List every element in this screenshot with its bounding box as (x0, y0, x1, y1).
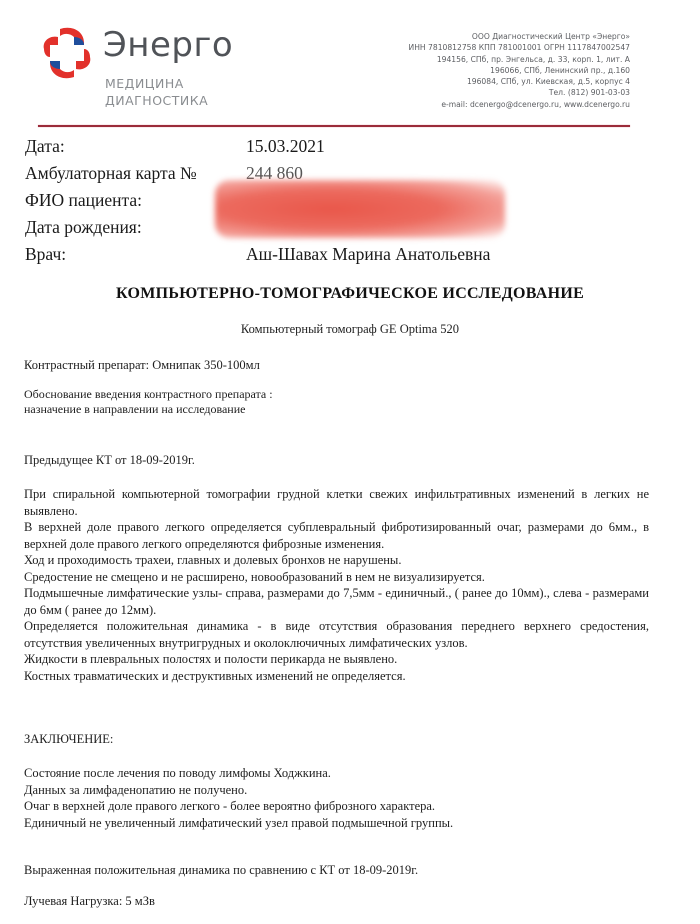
brand-name: Энерго (103, 25, 233, 65)
medical-cross-logo-icon (42, 27, 92, 79)
company-registration: ИНН 7810812758 КПП 781001001 ОГРН 111784… (409, 42, 630, 53)
brand-sub-line-1: МЕДИЦИНА (105, 75, 208, 92)
conclusion-heading: ЗАКЛЮЧЕНИЕ: (24, 731, 654, 748)
finding-4: Средостение не смещено и не расширено, н… (24, 569, 649, 586)
date-value: 15.03.2021 (246, 133, 325, 160)
dynamics-summary: Выраженная положительная динамика по сра… (24, 862, 654, 879)
company-email: e-mail: dcenergo@dcenergo.ru, www.dcener… (409, 99, 630, 110)
conclusion-4: Единичный не увеличенный лимфатический у… (24, 815, 654, 832)
finding-6: Определяется положительная динамика - в … (24, 618, 649, 651)
finding-3: Ход и проходимость трахеи, главных и дол… (24, 552, 649, 569)
date-label: Дата: (25, 133, 65, 160)
conclusion-2: Данных за лимфаденопатию не получено. (24, 782, 654, 799)
brand-sub-line-2: ДИАГНОСТИКА (105, 92, 208, 109)
justification-label: Обоснование введения контрастного препар… (24, 387, 654, 402)
radiation-dose: Лучевая Нагрузка: 5 мЗв (24, 893, 654, 910)
previous-ct: Предыдущее КТ от 18-09-2019г. (24, 452, 654, 469)
finding-1: При спиральной компьютерной томографии г… (24, 486, 649, 519)
finding-2: В верхней доле правого легкого определяе… (24, 519, 649, 552)
conclusion: Состояние после лечения по поводу лимфом… (24, 765, 654, 831)
report-title: КОМПЬЮТЕРНО-ТОМОГРАФИЧЕСКОЕ ИССЛЕДОВАНИЕ (0, 285, 700, 303)
doctor-value: Аш-Шавах Марина Анатольевна (246, 241, 490, 268)
birth-label: Дата рождения: (25, 214, 142, 241)
company-phone: Тел. (812) 901-03-03 (409, 87, 630, 98)
brand-subtitle: МЕДИЦИНА ДИАГНОСТИКА (105, 75, 208, 109)
contrast-agent: Контрастный препарат: Омнипак 350-100мл (24, 357, 654, 374)
finding-7: Жидкости в плевральных полостях и полост… (24, 651, 649, 668)
company-details: ООО Диагностический Центр «Энерго» ИНН 7… (409, 31, 630, 110)
company-address-1: 194156, СПб, пр. Энгельса, д. 33, корп. … (409, 54, 630, 65)
conclusion-1: Состояние после лечения по поводу лимфом… (24, 765, 654, 782)
patient-label: ФИО пациента: (25, 187, 142, 214)
card-label: Амбулаторная карта № (25, 160, 197, 187)
scanner-model: Компьютерный томограф GE Optima 520 (0, 322, 700, 337)
finding-8: Костных травматических и деструктивных и… (24, 668, 649, 685)
finding-5: Подмышечные лимфатические узлы- справа, … (24, 585, 649, 618)
contrast-justification: Обоснование введения контрастного препар… (24, 387, 654, 417)
redaction-mark (215, 180, 505, 238)
company-address-2: 196066, СПб, Ленинский пр., д.160 (409, 65, 630, 76)
conclusion-3: Очаг в верхней доле правого легкого - бо… (24, 798, 654, 815)
doctor-label: Врач: (25, 241, 66, 268)
company-address-3: 196084, СПб, ул. Киевская, д.5, корпус 4 (409, 76, 630, 87)
header-divider (38, 125, 630, 127)
findings: При спиральной компьютерной томографии г… (24, 486, 649, 684)
justification-value: назначение в направлении на исследование (24, 402, 654, 417)
company-name: ООО Диагностический Центр «Энерго» (409, 31, 630, 42)
